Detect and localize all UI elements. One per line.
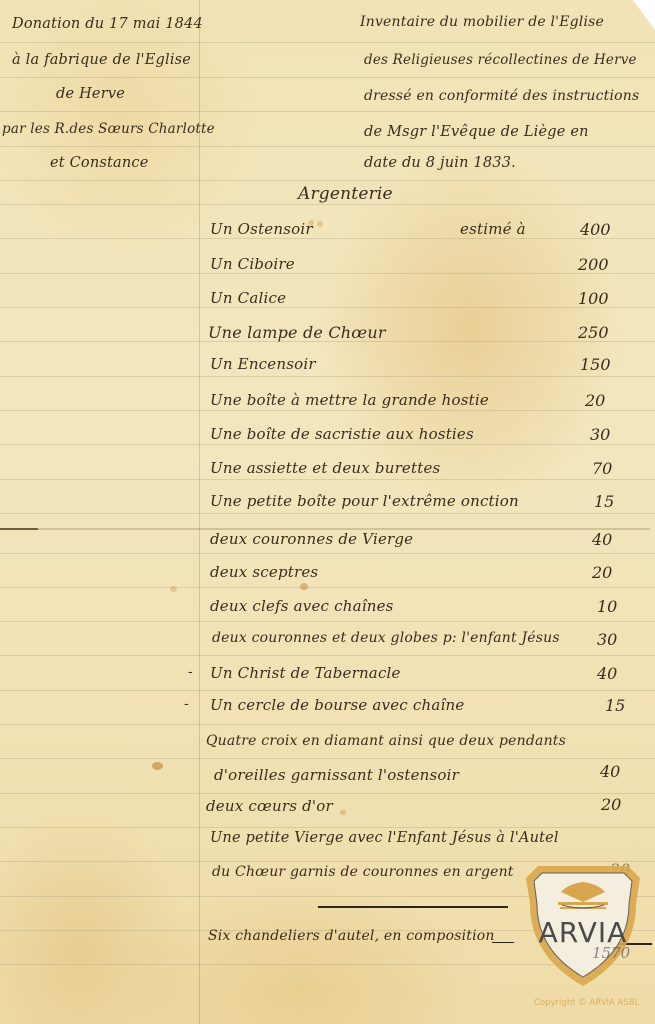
ruled-line	[0, 513, 655, 514]
inventory-item-label: du Chœur garnis de couronnes en argent	[212, 864, 514, 880]
inventory-item-label: Une petite boîte pour l'extrême onction	[210, 492, 519, 510]
inventory-item-value: 30	[597, 630, 617, 649]
inventory-item-value: 70	[592, 459, 612, 478]
inventory-item-value: 40	[592, 530, 612, 549]
ruled-line	[0, 238, 655, 239]
ruled-line	[0, 724, 655, 725]
inventory-item-label: Quatre croix en diamant ainsi que deux p…	[206, 733, 566, 749]
margin-note-line: de Herve	[56, 86, 125, 102]
inventory-item-value: 150	[580, 355, 611, 374]
header-line: Inventaire du mobilier de l'Eglise	[360, 14, 604, 30]
ruled-line	[0, 204, 655, 205]
inventory-item-label: deux couronnes et deux globes p: l'enfan…	[212, 630, 560, 646]
margin-rule	[199, 0, 200, 1024]
inventory-item-label: Une assiette et deux burettes	[210, 459, 440, 477]
ruled-line	[0, 180, 655, 181]
inventory-item-value: 10	[597, 597, 617, 616]
inventory-item-value: 40	[600, 762, 620, 781]
inventory-item-label: Un Encensoir	[210, 355, 316, 373]
inventory-item-value: 200	[578, 255, 609, 274]
inventory-item-value: 40	[597, 664, 617, 683]
inventory-item-value: 30	[590, 425, 610, 444]
inventory-item-value: 15	[605, 696, 625, 715]
ink-stain	[170, 586, 177, 592]
margin-note-line: à la fabrique de l'Eglise	[12, 52, 191, 68]
inventory-item-label: d'oreilles garnissant l'ostensoir	[214, 766, 459, 784]
inventory-item-label: deux cœurs d'or	[206, 797, 333, 815]
ink-stain	[317, 221, 323, 227]
margin-note-line: par les R.des Sœurs Charlotte	[2, 121, 215, 137]
ruled-line	[0, 621, 655, 622]
inventory-item-label: deux clefs avec chaînes	[210, 597, 394, 615]
inventory-item-value: 20	[585, 391, 605, 410]
header-line: des Religieuses récollectines de Herve	[364, 52, 637, 68]
inventory-item-label: deux couronnes de Vierge	[210, 530, 413, 548]
ruled-line	[0, 793, 655, 794]
inventory-item-value: 250	[578, 323, 609, 342]
inventory-item-value: 100	[578, 289, 609, 308]
section-title: Argenterie	[298, 184, 393, 204]
margin-note-line: et Constance	[50, 155, 149, 171]
inventory-item-label: Une boîte à mettre la grande hostie	[210, 391, 489, 409]
header-line: dressé en conformité des instructions	[364, 88, 639, 104]
ruled-line	[0, 479, 655, 480]
ruled-line	[0, 861, 655, 862]
ruled-line	[0, 307, 655, 308]
inventory-item-label: Une petite Vierge avec l'Enfant Jésus à …	[210, 830, 559, 846]
ruled-line	[0, 77, 655, 78]
margin-tick-mark: -	[184, 696, 189, 712]
margin-tick-mark: -	[188, 664, 193, 680]
ruled-line	[0, 587, 655, 588]
dash-rule	[492, 942, 514, 943]
header-line: date du 8 juin 1833.	[364, 155, 516, 171]
estimate-label: estimé à	[460, 220, 526, 238]
margin-note-line: Donation du 17 mai 1844	[12, 16, 203, 32]
ruled-line	[0, 655, 655, 656]
ruled-line	[0, 111, 655, 112]
inventory-item-label: Un cercle de bourse avec chaîne	[210, 696, 464, 714]
header-line: de Msgr l'Evêque de Liège en	[364, 124, 589, 140]
ink-stain	[300, 583, 308, 590]
ruled-line	[0, 410, 655, 411]
inventory-item-value: 15	[594, 492, 614, 511]
inventory-item-label: deux sceptres	[210, 563, 318, 581]
ruled-line	[0, 690, 655, 691]
ink-stain	[340, 810, 346, 815]
ruled-line	[0, 376, 655, 377]
inventory-item-value: 400	[580, 220, 611, 239]
copyright-notice: Copyright © ARVIA ASBL	[534, 998, 639, 1008]
inventory-item-label: Un Ciboire	[210, 255, 295, 273]
inventory-item-label: Un Christ de Tabernacle	[210, 664, 401, 682]
ruled-line	[0, 273, 655, 274]
extra-line-candlesticks: Six chandeliers d'autel, en composition	[208, 928, 495, 944]
arvia-watermark-logo: ARVIA 1570	[524, 864, 642, 988]
ruled-line	[0, 42, 655, 43]
ruled-line	[0, 758, 655, 759]
inventory-item-label: Un Calice	[210, 289, 286, 307]
inventory-item-value: 20	[601, 795, 621, 814]
ruled-line	[0, 553, 655, 554]
ruled-line	[0, 146, 655, 147]
ink-stain	[152, 762, 163, 770]
total-underline	[318, 906, 508, 908]
pencil-total: 1570	[592, 944, 630, 962]
inventory-item-label: Une lampe de Chœur	[208, 323, 386, 342]
ruled-line	[0, 827, 655, 828]
inventory-item-value: 20	[592, 563, 612, 582]
inventory-item-label: Un Ostensoir	[210, 220, 313, 238]
ruled-line	[0, 444, 655, 445]
inventory-item-label: Une boîte de sacristie aux hosties	[210, 425, 474, 443]
